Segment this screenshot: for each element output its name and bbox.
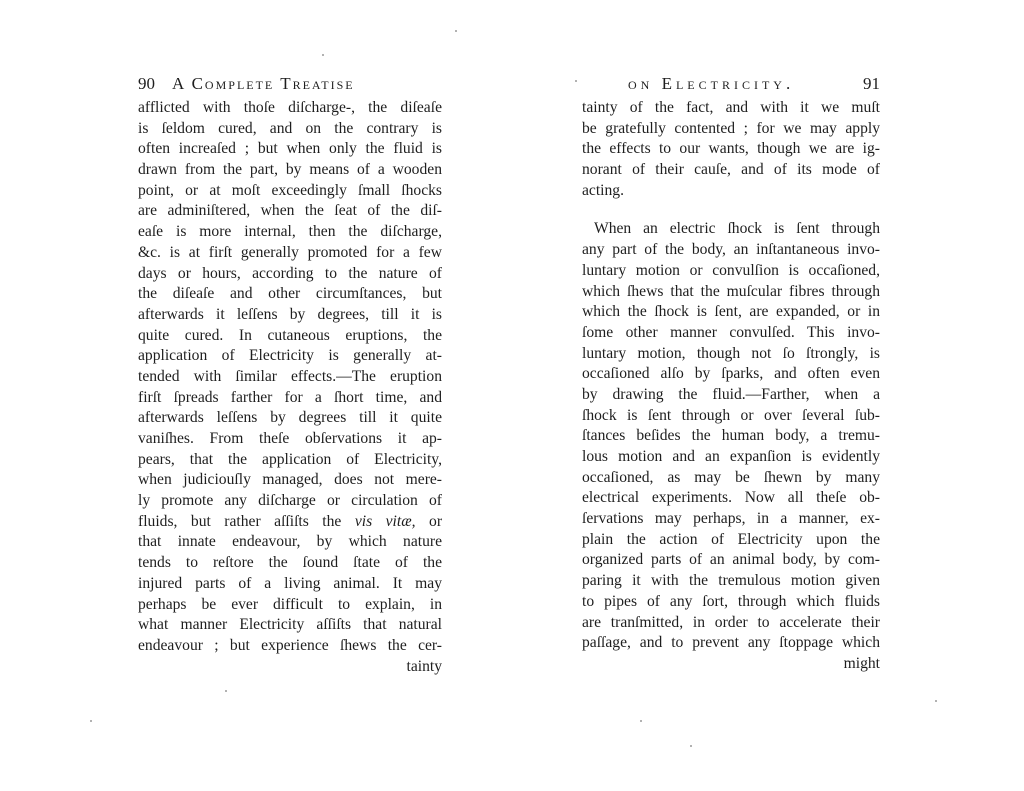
text-line: luntary motion or convulſion is occaſion… <box>582 261 880 282</box>
page-number-left: 90 <box>138 74 155 94</box>
scan-speck <box>575 80 577 82</box>
paragraph-1: tainty of the fact, and with it we muſt … <box>582 98 880 201</box>
text-line: endeavour ; but experience ſhews the cer… <box>138 636 442 657</box>
scan-speck <box>225 690 227 692</box>
page-number-right: 91 <box>863 74 880 94</box>
text-line: are adminiſtered, when the ſeat of the d… <box>138 201 442 222</box>
text-line: luntary motion, though not ſo ſtrongly, … <box>582 344 880 365</box>
text-line: acting. <box>582 181 880 202</box>
text-line: to pipes of any ſort, through which flui… <box>582 592 880 613</box>
running-head-title-left: A Complete Treatise <box>172 74 355 94</box>
text-line: which ſhews that the muſcular fibres thr… <box>582 282 880 303</box>
text-line: drawn from the part, by means of a woode… <box>138 160 442 181</box>
text-line: norant of their cauſe, and of its mode o… <box>582 160 880 181</box>
paragraph-2: When an electric ſhock is ſent through a… <box>582 219 880 674</box>
text-line: by drawing the fluid.—Farther, when a <box>582 385 880 406</box>
text-line: organized parts of an animal body, by co… <box>582 550 880 571</box>
scan-speck <box>322 54 324 56</box>
left-page-text: afflicted with thoſe diſcharge-, the diſ… <box>138 98 442 677</box>
text-line: tends to reſtore the ſound ſtate of the <box>138 553 442 574</box>
text-line: the diſeaſe and other circumſtances, but <box>138 284 442 305</box>
text-line: firſt ſpreads farther for a ſhort time, … <box>138 388 442 409</box>
text-line: afterwards leſſens by degrees till it qu… <box>138 408 442 429</box>
text-line-with-italic: fluids, but rather aſſiſts the vis vitæ,… <box>138 512 442 533</box>
text-line: occaſioned alſo by ſparks, and often eve… <box>582 364 880 385</box>
text-line: days or hours, according to the nature o… <box>138 264 442 285</box>
running-head-title-right: on Electricity. <box>628 74 794 94</box>
text-line: be gratefully contented ; for we may app… <box>582 119 880 140</box>
text-line: eaſe is more internal, then the diſcharg… <box>138 222 442 243</box>
text-line: plain the action of Electricity upon the <box>582 530 880 551</box>
catchword-left: tainty <box>138 657 442 678</box>
text-line: lous motion and an expanſion is evidentl… <box>582 447 880 468</box>
text-line: any part of the body, an inſtantaneous i… <box>582 240 880 261</box>
paragraph-gap <box>582 201 880 219</box>
text-line: perhaps be ever difficult to explain, in <box>138 595 442 616</box>
text-line: ſtances beſides the human body, a tremu- <box>582 426 880 447</box>
text-line: what manner Electricity aſſiſts that nat… <box>138 615 442 636</box>
text-line: paſſage, and to prevent any ſtoppage whi… <box>582 633 880 654</box>
text-line: tended with ſimilar effects.—The eruptio… <box>138 367 442 388</box>
text-line: &c. is at firſt generally promoted for a… <box>138 243 442 264</box>
scan-speck <box>935 700 937 702</box>
text-line: often increaſed ; but when only the flui… <box>138 139 442 160</box>
text-line: quite cured. In cutaneous eruptions, the <box>138 326 442 347</box>
text-line: When an electric ſhock is ſent through <box>582 219 880 240</box>
scan-speck <box>640 720 642 722</box>
text-line: injured parts of a living animal. It may <box>138 574 442 595</box>
text-line: occaſioned, as may be ſhewn by many <box>582 468 880 489</box>
text-line: afflicted with thoſe diſcharge-, the diſ… <box>138 98 442 119</box>
text-line: ſome other manner convulſed. This invo- <box>582 323 880 344</box>
text-line: when judiciouſly managed, does not mere- <box>138 470 442 491</box>
text-line: which the ſhock is ſent, are expanded, o… <box>582 302 880 323</box>
left-running-head: 90 A Complete Treatise <box>138 74 442 98</box>
right-running-head: on Electricity. 91 <box>582 74 880 98</box>
text-line: electrical experiments. Now all theſe ob… <box>582 488 880 509</box>
text-line: that innate endeavour, by which nature <box>138 532 442 553</box>
scan-speck <box>455 30 457 32</box>
text-line: ſhock is ſent through or over ſeveral ſu… <box>582 406 880 427</box>
text-line: the effects to our wants, though we are … <box>582 139 880 160</box>
right-page-text: tainty of the fact, and with it we muſt … <box>582 98 880 675</box>
text-line: paring it with the tremulous motion give… <box>582 571 880 592</box>
text-line: are tranſmitted, in order to accelerate … <box>582 613 880 634</box>
text-line: tainty of the fact, and with it we muſt <box>582 98 880 119</box>
book-spread: 90 A Complete Treatise afflicted with th… <box>0 0 1024 791</box>
text-line: application of Electricity is generally … <box>138 346 442 367</box>
scan-speck <box>90 720 92 722</box>
left-page: 90 A Complete Treatise afflicted with th… <box>138 74 442 677</box>
catchword-right: might <box>582 654 880 675</box>
text-segment: fluids, but rather aſſiſts the <box>138 513 341 530</box>
text-line: pears, that the application of Electrici… <box>138 450 442 471</box>
text-line: afterwards it leſſens by degrees, till i… <box>138 305 442 326</box>
text-line: vaniſhes. From theſe obſervations it ap- <box>138 429 442 450</box>
text-line: point, or at moſt exceedingly ſmall ſhoc… <box>138 181 442 202</box>
right-page: on Electricity. 91 tainty of the fact, a… <box>582 74 880 675</box>
text-segment: or <box>429 513 442 530</box>
text-line: ly promote any diſcharge or circulation … <box>138 491 442 512</box>
scan-speck <box>690 745 692 747</box>
text-line: ſervations may perhaps, in a manner, ex- <box>582 509 880 530</box>
italic-phrase-vis-vitae: vis vitæ, <box>355 513 416 530</box>
text-line: is ſeldom cured, and on the contrary is <box>138 119 442 140</box>
